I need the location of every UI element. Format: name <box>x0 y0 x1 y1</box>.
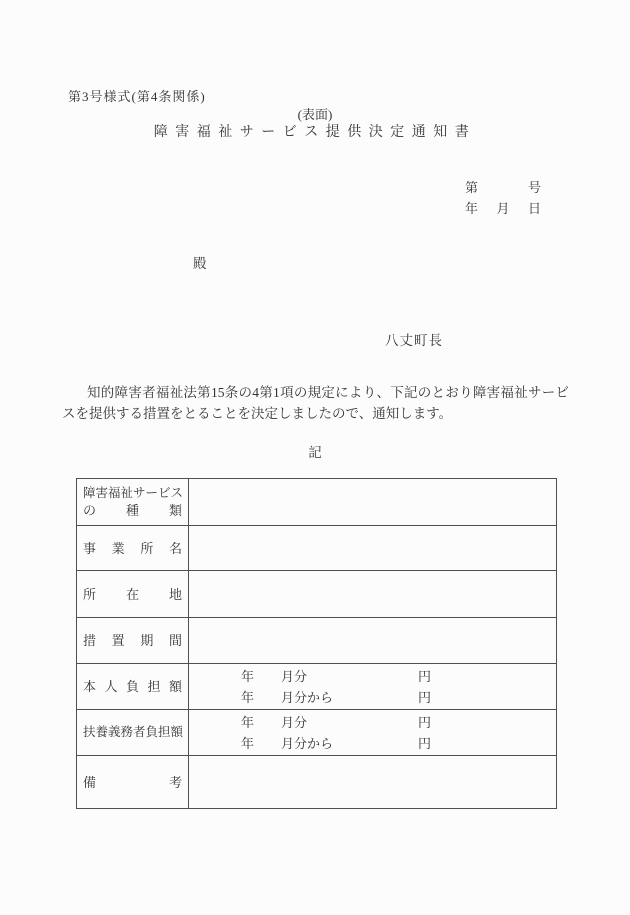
year-label: 年 <box>241 687 281 708</box>
self-charge-label: 本人負担額 <box>77 678 188 695</box>
form-number: 第3号様式(第4条関係) <box>68 86 206 105</box>
self-charge-line-1: 年 月分 円 <box>189 666 556 687</box>
self-charge-label-cell: 本人負担額 <box>77 664 189 710</box>
self-charge-value-cell: 年 月分 円 年 月分から 円 <box>189 664 557 710</box>
service-type-label-line2: の種類 <box>77 502 188 519</box>
dependent-charge-lines: 年 月分 円 年 月分から 円 <box>189 712 556 754</box>
table-row-measure-period: 措置期間 <box>77 618 557 664</box>
yen-label: 円 <box>418 712 431 733</box>
remarks-label: 備考 <box>77 774 188 791</box>
document-title: 障害福祉サービス提供決定通知書 <box>0 121 630 141</box>
year-label: 年 <box>241 666 281 687</box>
measure-period-label: 措置期間 <box>77 632 188 649</box>
doc-number-suffix: 号 <box>528 179 541 200</box>
body-paragraph: 知的障害者福祉法第15条の4第1項の規定により、下記のとおり障害福祉サービスを提… <box>62 382 569 424</box>
date-line: 年 月 日 <box>465 200 541 221</box>
record-heading: 記 <box>0 441 630 461</box>
table-row-dependent-charge: 扶養義務者負担額 年 月分 円 年 月分から 円 <box>77 710 557 756</box>
month-label: 月分 <box>281 712 418 733</box>
doc-number-prefix: 第 <box>465 179 478 200</box>
service-type-label-line1: 障害福祉サービス <box>77 485 188 502</box>
service-type-value-cell <box>189 479 557 526</box>
table-row-service-type: 障害福祉サービス の種類 <box>77 479 557 526</box>
table-row-address: 所在地 <box>77 571 557 618</box>
address-value-cell <box>189 571 557 618</box>
address-label: 所在地 <box>77 586 188 603</box>
doc-number-date-block: 第 号 年 月 日 <box>465 179 541 221</box>
date-year-label: 年 <box>465 200 478 221</box>
date-day-label: 日 <box>528 200 541 221</box>
remarks-value-cell <box>189 756 557 809</box>
month-label: 月分 <box>281 666 418 687</box>
dependent-charge-label-cell: 扶養義務者負担額 <box>77 710 189 756</box>
measure-period-value-cell <box>189 618 557 664</box>
dependent-charge-label: 扶養義務者負担額 <box>77 724 188 741</box>
year-label: 年 <box>241 733 281 754</box>
dependent-charge-line-1: 年 月分 円 <box>189 712 556 733</box>
table-row-self-charge: 本人負担額 年 月分 円 年 月分から 円 <box>77 664 557 710</box>
office-name-label-cell: 事業所名 <box>77 526 189 571</box>
dependent-charge-value-cell: 年 月分 円 年 月分から 円 <box>189 710 557 756</box>
date-month-label: 月 <box>496 200 509 221</box>
yen-label: 円 <box>418 687 431 708</box>
measure-period-label-cell: 措置期間 <box>77 618 189 664</box>
office-name-value-cell <box>189 526 557 571</box>
month-from-label: 月分から <box>281 687 418 708</box>
address-label-cell: 所在地 <box>77 571 189 618</box>
doc-number-line: 第 号 <box>465 179 541 200</box>
addressee-honorific: 殿 <box>193 252 207 272</box>
service-table: 障害福祉サービス の種類 事業所名 所在地 措置期間 本人負担額 <box>76 478 557 809</box>
service-type-label-cell: 障害福祉サービス の種類 <box>77 479 189 526</box>
office-name-label: 事業所名 <box>77 540 188 557</box>
document-page: 第3号様式(第4条関係) (表面) 障害福祉サービス提供決定通知書 第 号 年 … <box>0 0 630 915</box>
dependent-charge-line-2: 年 月分から 円 <box>189 733 556 754</box>
self-charge-line-2: 年 月分から 円 <box>189 687 556 708</box>
year-label: 年 <box>241 712 281 733</box>
self-charge-lines: 年 月分 円 年 月分から 円 <box>189 666 556 708</box>
remarks-label-cell: 備考 <box>77 756 189 809</box>
yen-label: 円 <box>418 666 431 687</box>
month-from-label: 月分から <box>281 733 418 754</box>
yen-label: 円 <box>418 733 431 754</box>
table-row-remarks: 備考 <box>77 756 557 809</box>
table-row-office-name: 事業所名 <box>77 526 557 571</box>
issuer-name: 八丈町長 <box>385 329 443 349</box>
